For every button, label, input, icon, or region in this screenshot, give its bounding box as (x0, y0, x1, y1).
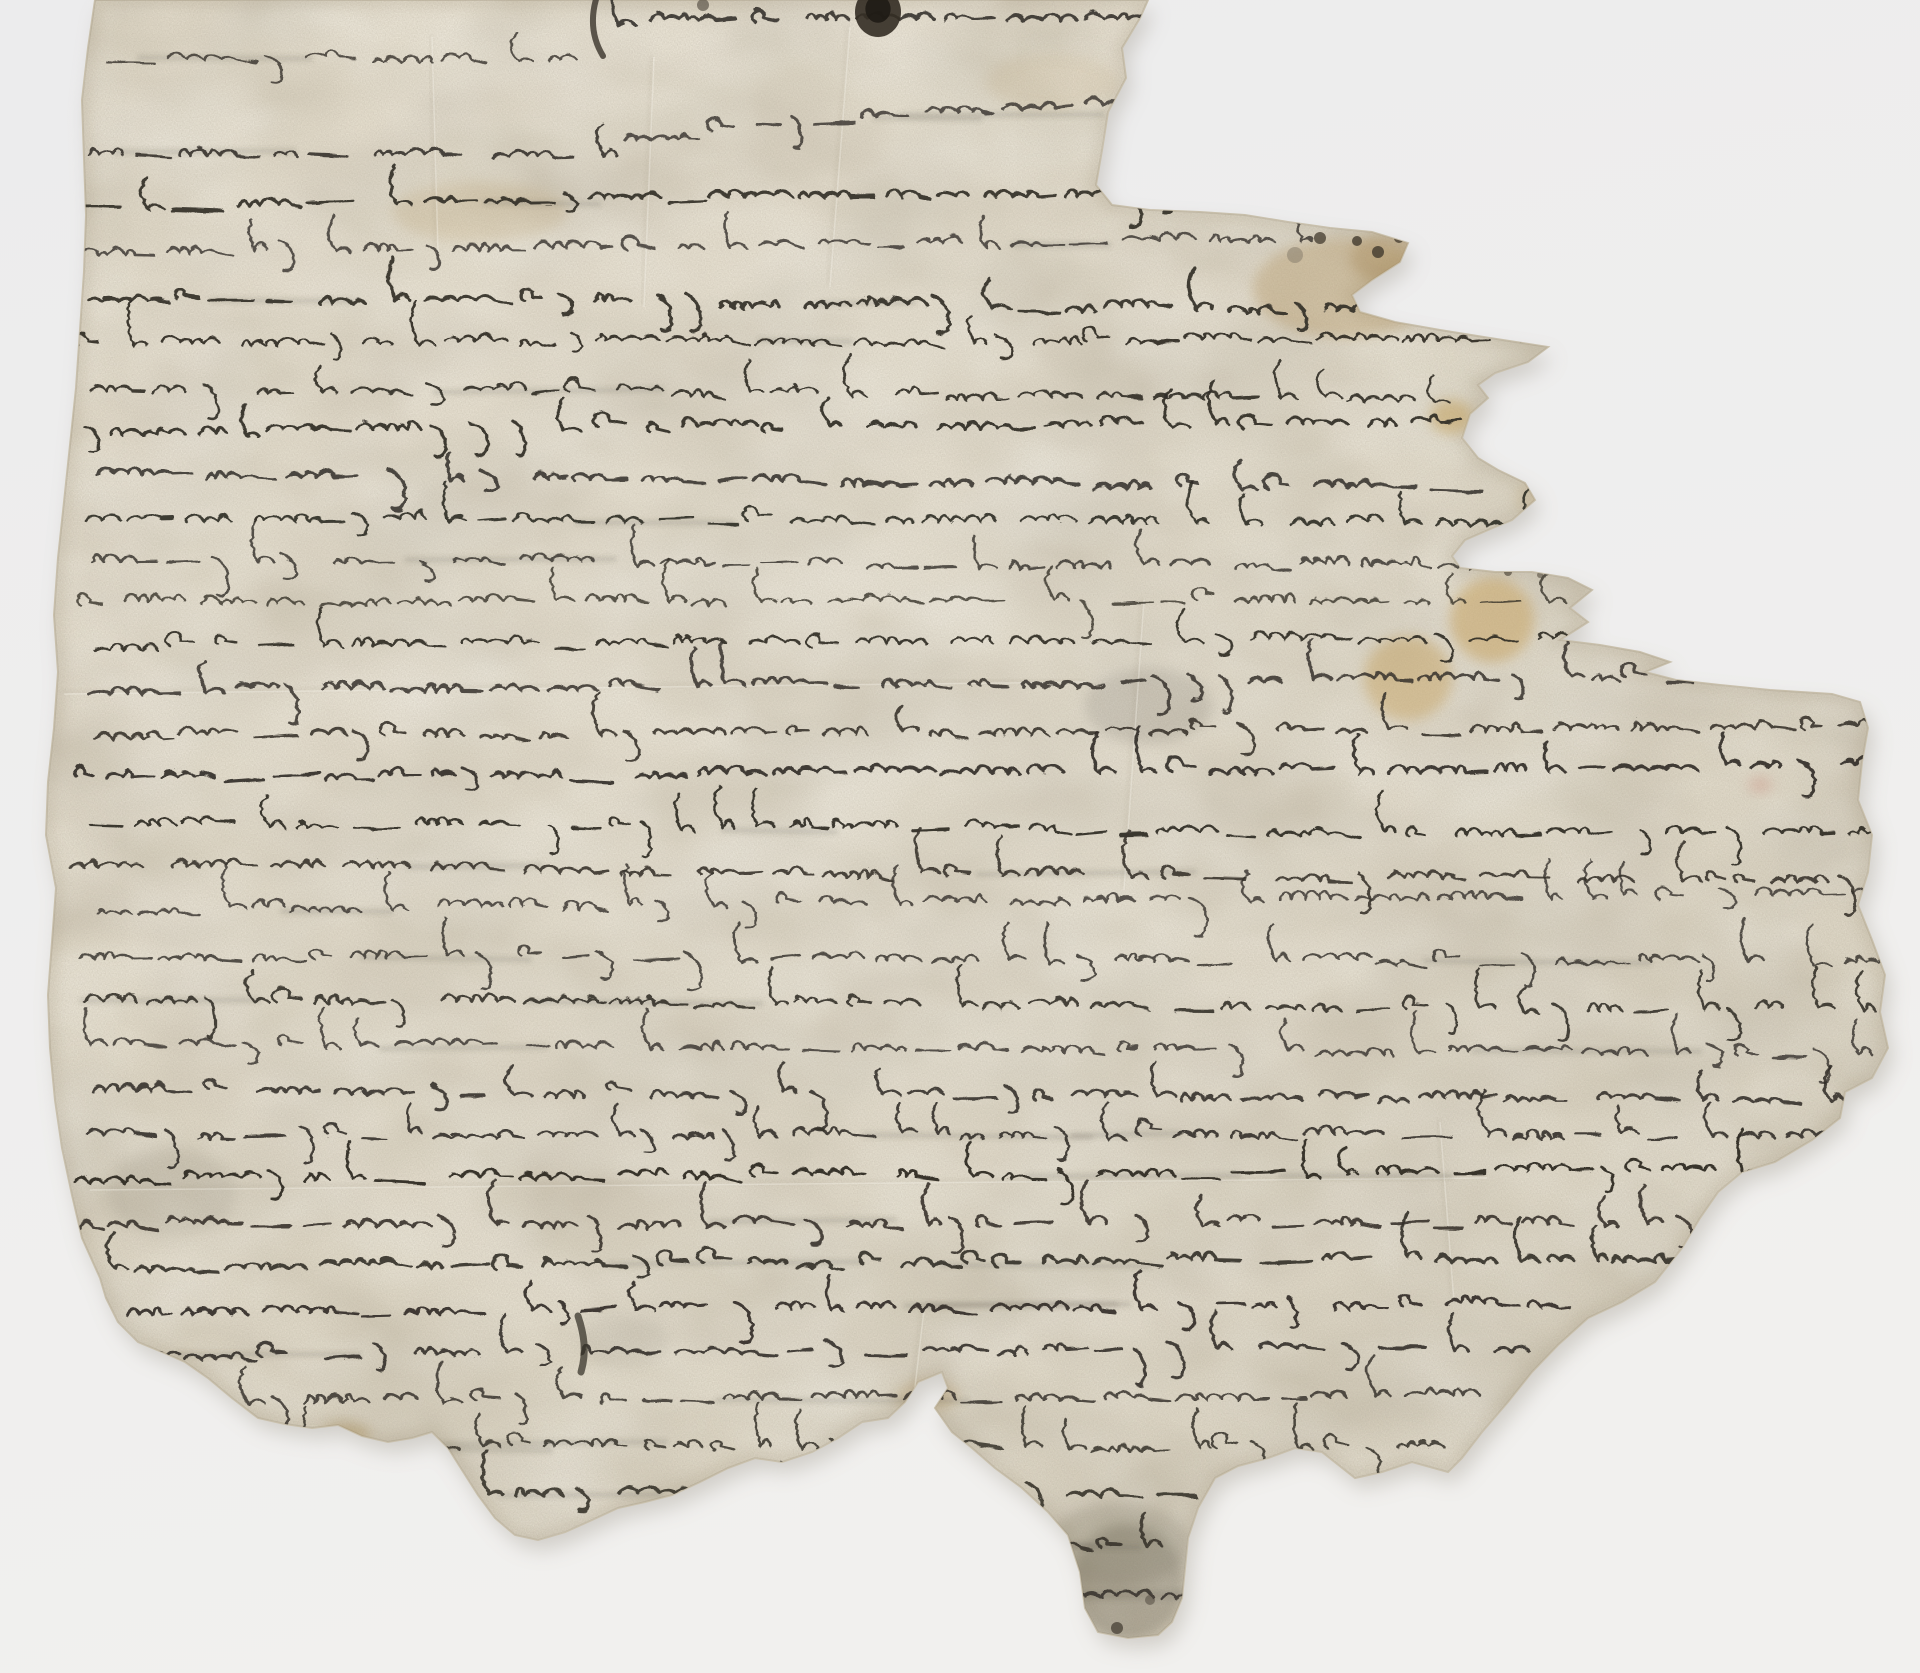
ink-smear-band (901, 115, 1101, 116)
tear-speck (1314, 232, 1326, 244)
tear-speck (1372, 246, 1384, 258)
ink-smear-band (1028, 1175, 1239, 1176)
stain (392, 182, 568, 242)
stain (581, 1316, 669, 1368)
tear-speck (1287, 247, 1303, 263)
ink-smear-band (82, 1000, 258, 1001)
tear-speck (1352, 236, 1362, 246)
ink-smear-band (1074, 1133, 1178, 1135)
ink-smear-band (407, 559, 614, 560)
ink-smear-band (865, 1135, 1091, 1137)
ink-smear-band (724, 830, 836, 832)
ink-smear-band (363, 957, 529, 959)
ink-smear-band (1068, 1598, 1184, 1599)
ink-smear-band (382, 1047, 545, 1049)
manuscript-canvas (0, 0, 1920, 1673)
stain (1450, 578, 1534, 662)
ink-smear-band (610, 1262, 859, 1264)
ink-smear-band (942, 1265, 1149, 1266)
tear-speck (1145, 1595, 1155, 1605)
tear-speck (1111, 1622, 1123, 1634)
manuscript-photo: Photograph of a torn parchment manuscrip… (0, 0, 1920, 1673)
stain (1748, 777, 1772, 793)
ink-smear-band (433, 1442, 665, 1444)
